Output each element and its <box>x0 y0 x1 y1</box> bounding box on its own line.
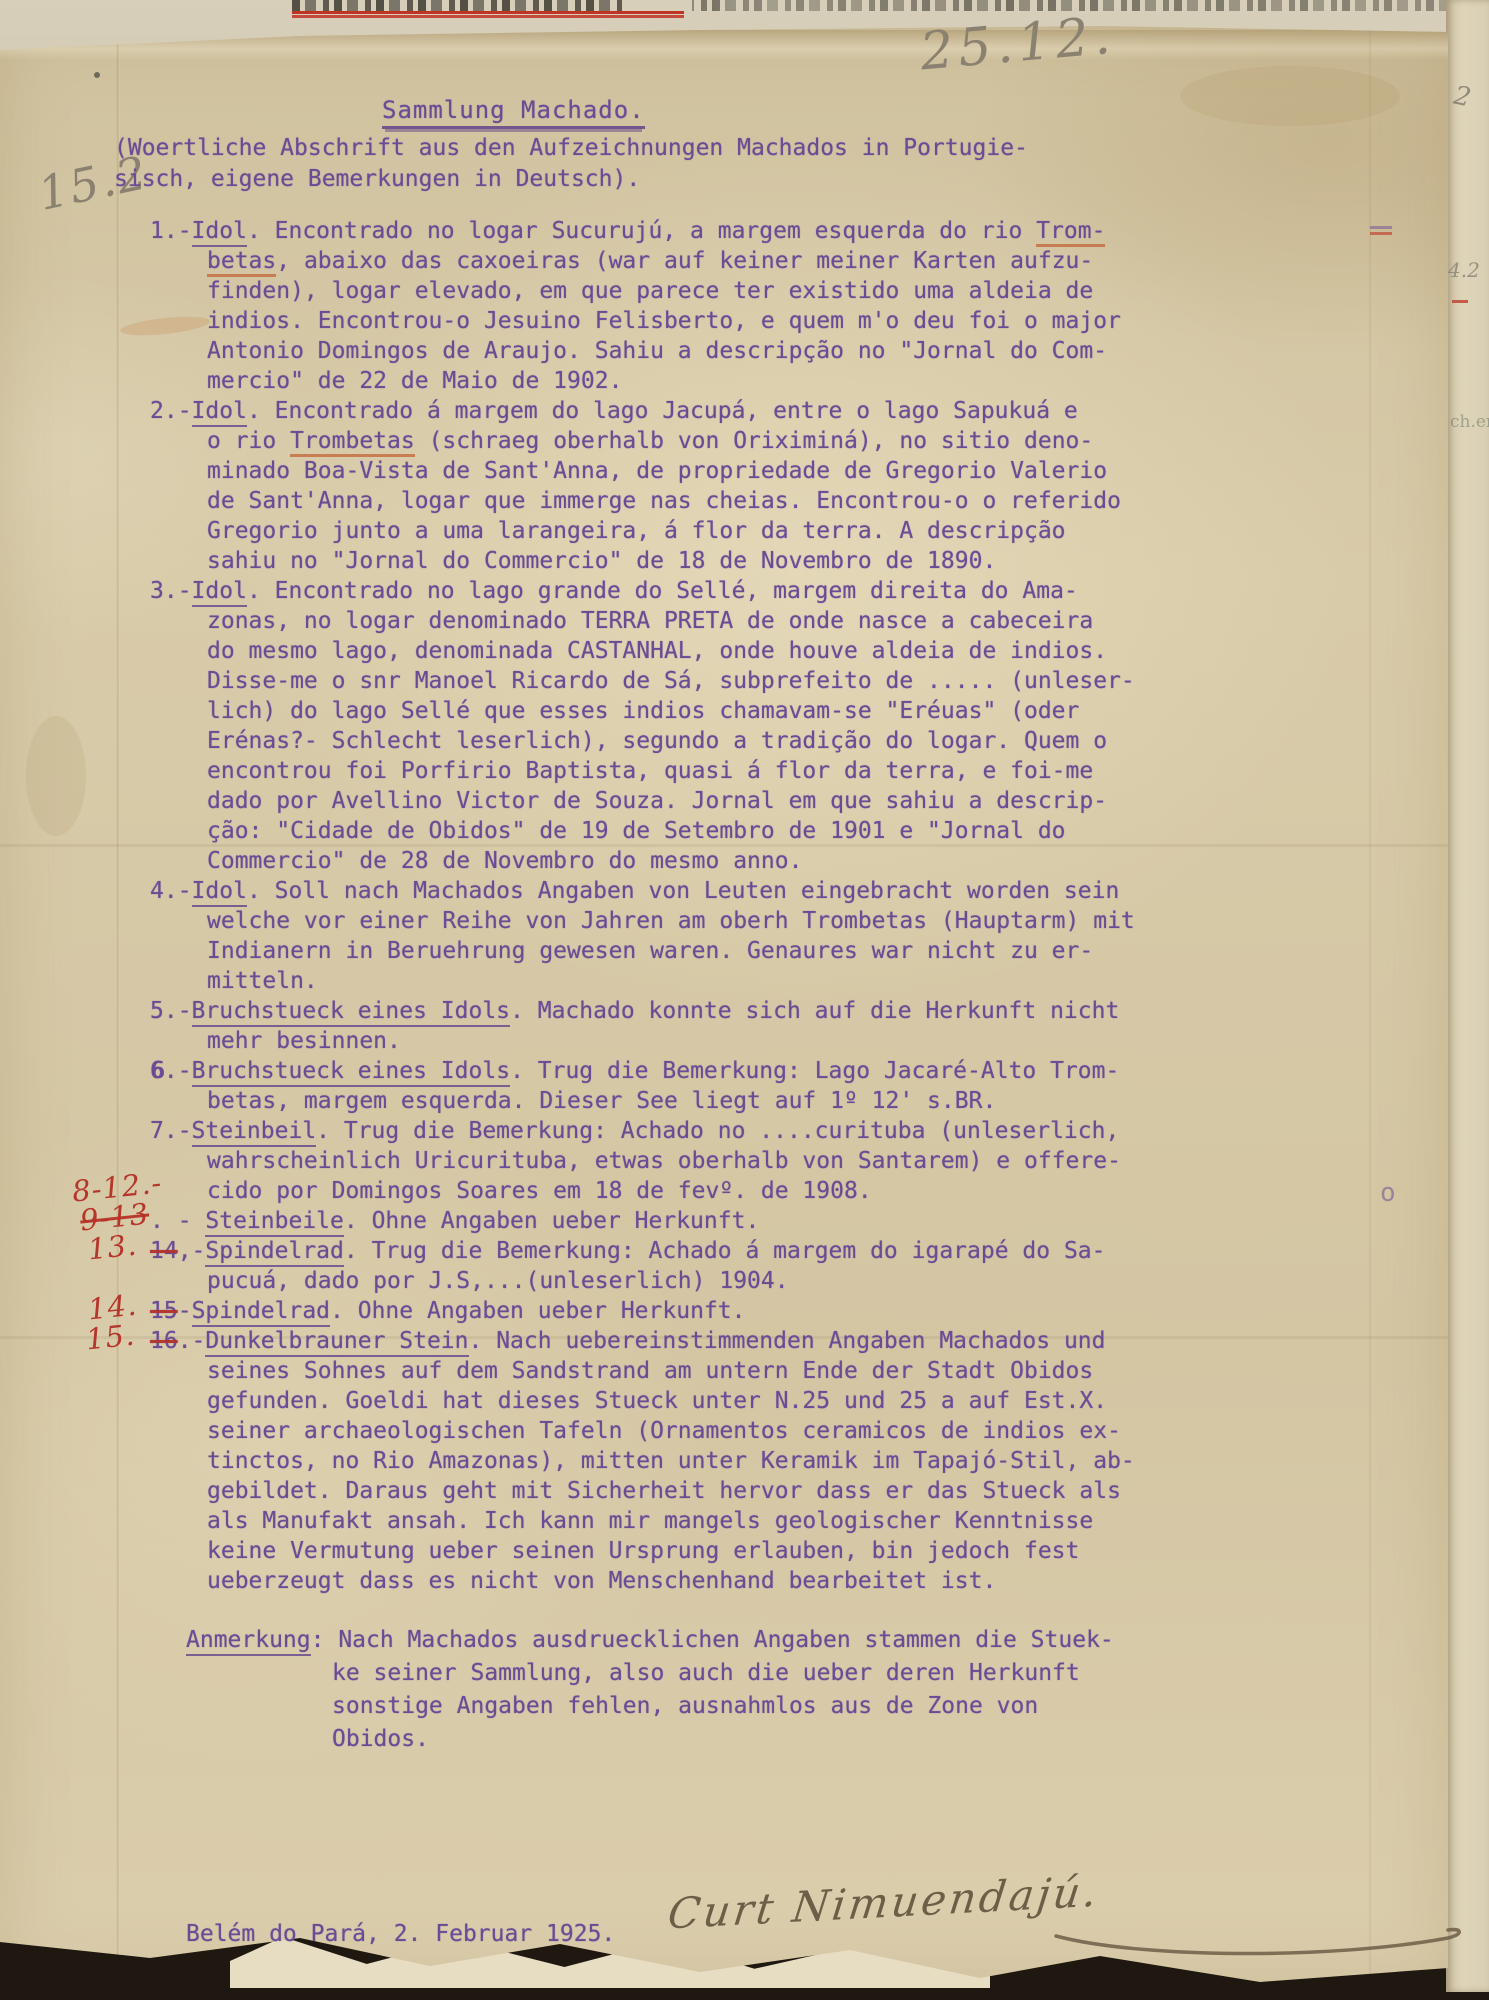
typed-line: 3.-Idol. Encontrado no lago grande do Se… <box>150 576 1135 606</box>
typed-line: 14.15-Spindelrad. Ohne Angaben ueber Her… <box>150 1296 1135 1326</box>
underlined-term: Anmerkung <box>186 1627 311 1656</box>
typed-line: tinctos, no Rio Amazonas), mitten unter … <box>150 1446 1135 1476</box>
typed-text: . Ohne Angaben ueber Herkunft. <box>330 1298 745 1324</box>
typed-line: betas, abaixo das caxoeiras (war auf kei… <box>150 246 1135 276</box>
typed-text: mitteln. <box>207 968 318 994</box>
typed-line: Antonio Domingos de Araujo. Sahiu a desc… <box>150 336 1135 366</box>
typed-text: . Soll nach Machados Angaben von Leuten … <box>247 878 1119 904</box>
underlined-term: Idol <box>192 878 247 907</box>
typed-text: cido por Domingos Soares em 18 de fevº. … <box>207 1178 872 1204</box>
overstruck-number: 6 <box>150 1058 164 1084</box>
page-title: Sammlung Machado. <box>382 96 645 124</box>
red-renumber-note: 13. <box>87 1230 139 1265</box>
typed-line: wahrscheinlich Uricurituba, etwas oberha… <box>150 1146 1135 1176</box>
typed-line: 9-13. - Steinbeile. Ohne Angaben ueber H… <box>150 1206 1135 1236</box>
typed-text: . Encontrado no lago grande do Sellé, ma… <box>247 578 1078 604</box>
typed-text: sahiu no "Jornal do Commercio" de 18 de … <box>207 548 996 574</box>
typed-line: 7.-Steinbeil. Trug die Bemerkung: Achado… <box>150 1116 1135 1146</box>
underlined-term: Spindelrad <box>192 1298 330 1327</box>
typed-text: als Manufakt ansah. Ich kann mir mangels… <box>207 1508 1093 1534</box>
typed-text: . - <box>150 1208 205 1234</box>
typed-line: mehr besinnen. <box>150 1026 1135 1056</box>
signature-text: Curt Nimuendajú. <box>665 1867 1102 1939</box>
typed-line: als Manufakt ansah. Ich kann mir mangels… <box>150 1506 1135 1536</box>
underlying-page-right: 2 4.2 ch.er <box>1446 0 1489 1992</box>
typed-text: finden), logar elevado, em que parece te… <box>207 278 1093 304</box>
edge-red-dash <box>1452 300 1468 303</box>
catalog-items: 1.-Idol. Encontrado no logar Sucurujú, a… <box>150 216 1135 1596</box>
typed-line: 5.-Bruchstueck eines Idols. Machado konn… <box>150 996 1135 1026</box>
typed-line: gefunden. Goeldi hat dieses Stueck unter… <box>150 1386 1135 1416</box>
hand-underlined-word: betas <box>207 248 276 277</box>
typed-line: Gregorio junto a uma larangeira, á flor … <box>150 516 1135 546</box>
typed-text: ção: "Cidade de Obidos" de 19 de Setembr… <box>207 818 1066 844</box>
typed-text: welche vor einer Reihe von Jahren am obe… <box>207 908 1135 934</box>
typed-line: ção: "Cidade de Obidos" de 19 de Setembr… <box>150 816 1135 846</box>
typed-text: de Sant'Anna, logar que immerge nas chei… <box>207 488 1121 514</box>
typed-line: keine Vermutung ueber seinen Ursprung er… <box>150 1536 1135 1566</box>
typed-text: . Encontrado no logar Sucurujú, a margem… <box>247 218 1036 244</box>
typed-line: ke seiner Sammlung, also auch die ueber … <box>186 1657 1114 1690</box>
subtitle-line: sisch, eigene Bemerkungen in Deutsch). <box>114 164 1028 195</box>
typed-text: Antonio Domingos de Araujo. Sahiu a desc… <box>207 338 1107 364</box>
typed-text: encontrou foi Porfirio Baptista, quasi á… <box>207 758 1093 784</box>
typed-text: tinctos, no Rio Amazonas), mitten unter … <box>207 1448 1135 1474</box>
typed-text: .- <box>164 1058 192 1084</box>
underlined-term: Spindelrad <box>205 1238 343 1267</box>
signature-block: Curt Nimuendajú. <box>668 1878 1228 1988</box>
typed-line: do mesmo lago, denominada CASTANHAL, ond… <box>150 636 1135 666</box>
typed-text: . Ohne Angaben ueber Herkunft. <box>344 1208 759 1234</box>
typed-line: mercio" de 22 de Maio de 1902. <box>150 366 1135 396</box>
typed-text: . Trug die Bemerkung: Achado no ....curi… <box>316 1118 1119 1144</box>
typed-text: (schraeg oberhalb von Oriximiná), no sit… <box>415 428 1094 454</box>
typed-text: : Nach Machados ausdruecklichen Angaben … <box>311 1627 1114 1653</box>
typed-text: sonstige Angaben fehlen, ausnahmlos aus … <box>332 1693 1038 1719</box>
typed-text: lich) do lago Sellé que esses indios cha… <box>207 698 1079 724</box>
struck-typed-number: 15 <box>150 1298 178 1324</box>
typed-text: gefunden. Goeldi hat dieses Stueck unter… <box>207 1388 1107 1414</box>
typed-text: . Trug die Bemerkung: Achado á margem do… <box>344 1238 1106 1264</box>
typed-text: zonas, no logar denominado TERRA PRETA d… <box>207 608 1093 634</box>
typed-line: o rio Trombetas (schraeg oberhalb von Or… <box>150 426 1135 456</box>
underlined-term: Dunkelbrauner Stein <box>205 1328 468 1357</box>
typed-text: mehr besinnen. <box>207 1028 401 1054</box>
struck-typed-number: 14 <box>150 1238 178 1264</box>
typed-line: 13.14,-Spindelrad. Trug die Bemerkung: A… <box>150 1236 1135 1266</box>
underlined-term: Idol <box>192 398 247 427</box>
typed-line: gebildet. Daraus geht mit Sicherheit her… <box>150 1476 1135 1506</box>
typed-line: lich) do lago Sellé que esses indios cha… <box>150 696 1135 726</box>
pencil-dot <box>94 72 100 78</box>
subtitle-line: (Woertliche Abschrift aus den Aufzeichnu… <box>114 133 1028 164</box>
typed-line: minado Boa-Vista de Sant'Anna, de propri… <box>150 456 1135 486</box>
typed-line: Commercio" de 28 de Novembro do mesmo an… <box>150 846 1135 876</box>
aging-stain <box>1180 66 1400 126</box>
underlined-term: Idol <box>192 578 247 607</box>
underlined-term: Idol <box>192 218 247 247</box>
typed-text: ueberzeugt dass es nicht von Menschenhan… <box>207 1568 996 1594</box>
typed-text: , abaixo das caxoeiras (war auf keiner m… <box>276 248 1093 274</box>
typed-line: seines Sohnes auf dem Sandstrand am unte… <box>150 1356 1135 1386</box>
underlined-term: Steinbeil <box>192 1118 317 1147</box>
typed-text: .- <box>178 1328 206 1354</box>
typed-text: Erénas?- Schlecht leserlich), segundo a … <box>207 728 1107 754</box>
typed-line: finden), logar elevado, em que parece te… <box>150 276 1135 306</box>
typed-line: Anmerkung: Nach Machados ausdruecklichen… <box>186 1624 1114 1657</box>
typed-text: seines Sohnes auf dem Sandstrand am unte… <box>207 1358 1093 1384</box>
typed-text: Obidos. <box>332 1726 429 1752</box>
typed-text: mercio" de 22 de Maio de 1902. <box>207 368 622 394</box>
typed-text: seiner archaeologischen Tafeln (Ornament… <box>207 1418 1121 1444</box>
typed-text: Disse-me o snr Manoel Ricardo de Sá, sub… <box>207 668 1135 694</box>
typed-line: de Sant'Anna, logar que immerge nas chei… <box>150 486 1135 516</box>
red-renumber-note: 15. <box>85 1320 137 1355</box>
typed-text: Commercio" de 28 de Novembro do mesmo an… <box>207 848 802 874</box>
typed-text: - <box>178 1298 192 1324</box>
typed-text: ,- <box>178 1238 206 1264</box>
typed-line: 4.-Idol. Soll nach Machados Angaben von … <box>150 876 1135 906</box>
underlined-term: Steinbeile <box>205 1208 343 1237</box>
typed-text: gebildet. Daraus geht mit Sicherheit her… <box>207 1478 1121 1504</box>
typed-line: 8-12.-cido por Domingos Soares em 18 de … <box>150 1176 1135 1206</box>
ink-ghost-dash <box>1370 226 1392 229</box>
typed-text: . Trug die Bemerkung: Lago Jacaré-Alto T… <box>510 1058 1119 1084</box>
cut-off-fade <box>292 0 1482 16</box>
vertical-crease-right <box>1368 26 1371 1984</box>
ink-ghost-mark: o <box>1380 1178 1396 1208</box>
edge-pencil-note: 4.2 <box>1448 258 1480 282</box>
typed-text: . Nach uebereinstimmenden Angaben Machad… <box>469 1328 1106 1354</box>
typed-text: wahrscheinlich Uricurituba, etwas oberha… <box>207 1148 1121 1174</box>
typed-line: ueberzeugt dass es nicht von Menschenhan… <box>150 1566 1135 1596</box>
typed-text: 1.- <box>150 218 192 244</box>
place-date-line: Belém do Pará, 2. Februar 1925. <box>186 1921 615 1947</box>
typed-line: encontrou foi Porfirio Baptista, quasi á… <box>150 756 1135 786</box>
typed-text: pucuá, dado por J.S,...(unleserlich) 190… <box>207 1268 789 1294</box>
struck-typed-number: 16 <box>150 1328 178 1354</box>
edge-pencil-mark: 2 <box>1451 81 1473 114</box>
typed-line: sahiu no "Jornal do Commercio" de 18 de … <box>150 546 1135 576</box>
typed-text: 3.- <box>150 578 192 604</box>
typed-line: mitteln. <box>150 966 1135 996</box>
typed-line: sonstige Angaben fehlen, ausnahmlos aus … <box>186 1690 1114 1723</box>
typed-line: indios. Encontrou-o Jesuino Felisberto, … <box>150 306 1135 336</box>
page-title-text: Sammlung Machado. <box>382 96 645 129</box>
scanned-document: { "page": { "header_note_pencil": "25.12… <box>0 0 1489 2000</box>
typed-line: Indianern in Beruehrung gewesen waren. G… <box>150 936 1135 966</box>
typed-text: 4.- <box>150 878 192 904</box>
typed-line: 2.-Idol. Encontrado á margem do lago Jac… <box>150 396 1135 426</box>
typed-text: minado Boa-Vista de Sant'Anna, de propri… <box>207 458 1107 484</box>
hand-underlined-word: Trom- <box>1036 218 1105 247</box>
typed-text: Indianern in Beruehrung gewesen waren. G… <box>207 938 1093 964</box>
typed-line: Obidos. <box>186 1723 1114 1756</box>
typed-line: seiner archaeologischen Tafeln (Ornament… <box>150 1416 1135 1446</box>
typed-line: welche vor einer Reihe von Jahren am obe… <box>150 906 1135 936</box>
typed-text: 7.- <box>150 1118 192 1144</box>
typed-text: Gregorio junto a uma larangeira, á flor … <box>207 518 1066 544</box>
typed-text: dado por Avellino Victor de Souza. Jorna… <box>207 788 1107 814</box>
typed-text: do mesmo lago, denominada CASTANHAL, ond… <box>207 638 1107 664</box>
subtitle: (Woertliche Abschrift aus den Aufzeichnu… <box>114 133 1028 195</box>
typed-line: Disse-me o snr Manoel Ricardo de Sá, sub… <box>150 666 1135 696</box>
typed-text: 2.- <box>150 398 192 424</box>
typed-line: 6.-Bruchstueck eines Idols. Trug die Bem… <box>150 1056 1135 1086</box>
red-double-underline <box>292 11 684 14</box>
typed-line: Erénas?- Schlecht leserlich), segundo a … <box>150 726 1135 756</box>
underlined-term: Bruchstueck eines Idols <box>192 998 511 1027</box>
typed-text: 5.- <box>150 998 192 1024</box>
cut-off-typed-line <box>292 0 1482 16</box>
typed-line: dado por Avellino Victor de Souza. Jorna… <box>150 786 1135 816</box>
hand-underlined-word: Trombetas <box>290 428 415 457</box>
typed-text: betas, margem esquerda. Dieser See liegt… <box>207 1088 996 1114</box>
underlined-term: Bruchstueck eines Idols <box>192 1058 511 1087</box>
typed-text: . Machado konnte sich auf die Herkunft n… <box>510 998 1119 1024</box>
aging-stain <box>26 716 86 836</box>
edge-ghost-text: ch.er <box>1450 412 1489 432</box>
typed-text: . Encontrado á margem do lago Jacupá, en… <box>247 398 1078 424</box>
typed-text: ke seiner Sammlung, also auch die ueber … <box>332 1660 1080 1686</box>
signature-flourish <box>1048 1918 1488 1968</box>
typed-text: indios. Encontrou-o Jesuino Felisberto, … <box>207 308 1121 334</box>
typed-text: o rio <box>207 428 290 454</box>
anmerkung-note: Anmerkung: Nach Machados ausdruecklichen… <box>186 1624 1114 1756</box>
vertical-crease <box>116 26 120 1984</box>
typed-line: pucuá, dado por J.S,...(unleserlich) 190… <box>150 1266 1135 1296</box>
typed-line: betas, margem esquerda. Dieser See liegt… <box>150 1086 1135 1116</box>
typed-line: zonas, no logar denominado TERRA PRETA d… <box>150 606 1135 636</box>
typed-line: 15.16.-Dunkelbrauner Stein. Nach ueberei… <box>150 1326 1135 1356</box>
typed-text: keine Vermutung ueber seinen Ursprung er… <box>207 1538 1079 1564</box>
typed-line: 1.-Idol. Encontrado no logar Sucurujú, a… <box>150 216 1135 246</box>
